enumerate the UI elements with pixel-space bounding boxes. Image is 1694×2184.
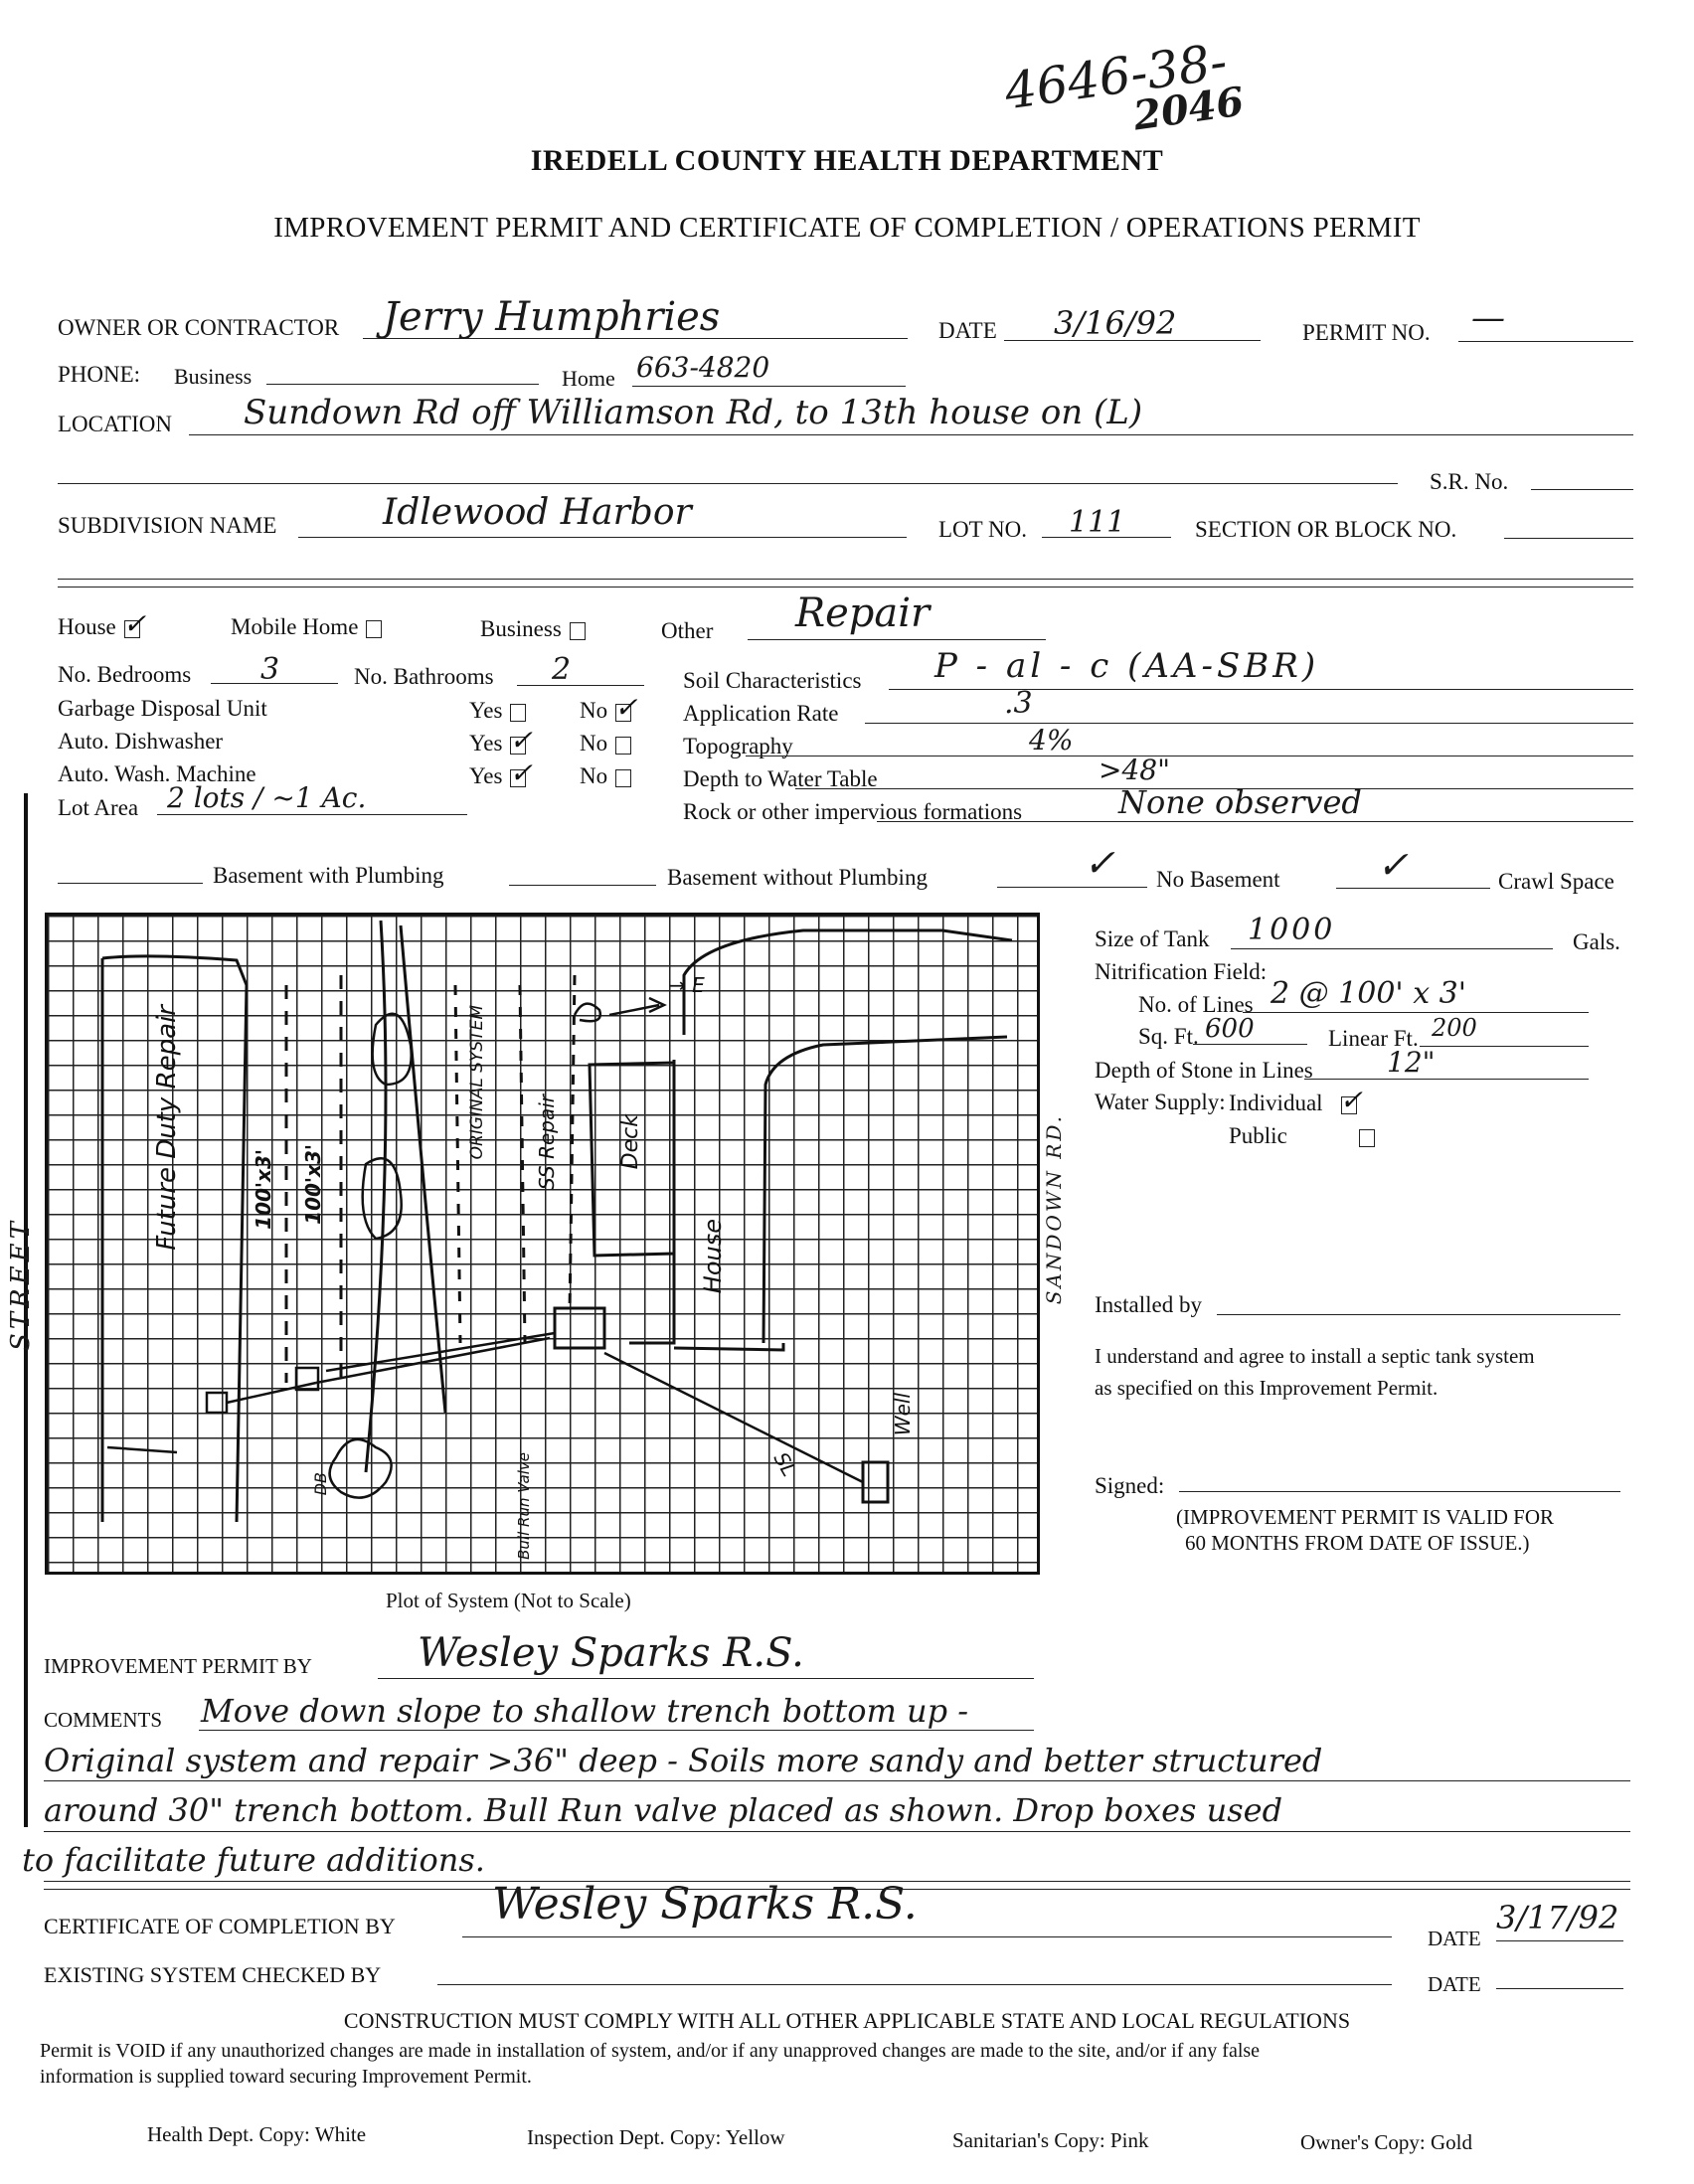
washer-no[interactable]: No — [580, 763, 631, 789]
other-label: Other — [661, 618, 713, 644]
linear-field-line[interactable] — [1420, 1046, 1589, 1047]
tank-label: Size of Tank — [1095, 926, 1210, 952]
department-title: IREDELL COUNTY HEALTH DEPARTMENT — [0, 144, 1694, 178]
sr-no-label: S.R. No. — [1430, 469, 1508, 495]
installed-by-label: Installed by — [1095, 1292, 1202, 1318]
tank-field-line[interactable] — [1231, 948, 1553, 949]
plot-grid: Future Duty Repair 100'x3' 100'x3' ORIGI… — [45, 913, 1040, 1575]
home-phone-value[interactable]: 663-4820 — [636, 351, 769, 384]
owner-value[interactable]: Jerry Humphries — [383, 294, 720, 340]
label-line2: 100'x3' — [301, 1144, 325, 1225]
topography-value[interactable]: 4% — [1029, 724, 1073, 756]
label-pe-arrow: → E — [669, 973, 705, 997]
topography-field-line[interactable] — [746, 756, 1633, 756]
basement-without-plumbing-field[interactable] — [509, 885, 656, 886]
individual-checkbox[interactable] — [1341, 1096, 1357, 1114]
certificate-field-line[interactable] — [462, 1936, 1392, 1937]
app-rate-field-line[interactable] — [865, 723, 1633, 724]
mobile-home-label: Mobile Home — [231, 614, 358, 639]
comments-field-line-1[interactable] — [199, 1730, 1034, 1731]
validity-line1: (IMPROVEMENT PERMIT IS VALID FOR — [1176, 1505, 1554, 1530]
copy-inspection-dept: Inspection Dept. Copy: Yellow — [527, 2125, 785, 2150]
crawl-space-check[interactable]: ✓ — [1377, 843, 1409, 887]
house-label: House — [58, 614, 116, 639]
no-basement-check[interactable]: ✓ — [1084, 841, 1115, 885]
linear-value[interactable]: 200 — [1432, 1014, 1477, 1042]
stone-label: Depth of Stone in Lines — [1095, 1058, 1313, 1084]
yes-label: Yes — [469, 731, 502, 756]
water-table-value[interactable]: >48" — [1099, 754, 1170, 786]
date-value[interactable]: 3/16/92 — [1054, 304, 1176, 342]
copy-health-dept: Health Dept. Copy: White — [147, 2122, 366, 2147]
tank-value[interactable]: 1000 — [1248, 913, 1335, 947]
comments-field-line-3[interactable] — [44, 1831, 1630, 1832]
other-value[interactable]: Repair — [795, 590, 930, 636]
existing-date-field[interactable] — [1496, 1988, 1623, 1989]
permit-no-label: PERMIT NO. — [1302, 320, 1431, 346]
comments-label: COMMENTS — [44, 1708, 162, 1733]
label-house: House — [699, 1219, 727, 1293]
public-label: Public — [1229, 1123, 1287, 1148]
stone-field-line[interactable] — [1304, 1079, 1589, 1080]
garbage-no[interactable]: No — [580, 698, 631, 724]
form-title: IMPROVEMENT PERMIT AND CERTIFICATE OF CO… — [0, 212, 1694, 245]
bathrooms-field-line[interactable] — [517, 685, 644, 686]
soil-field-line[interactable] — [889, 689, 1633, 690]
agreement-line1: I understand and agree to install a sept… — [1095, 1344, 1535, 1369]
copy-owner: Owner's Copy: Gold — [1300, 2130, 1472, 2155]
certificate-label: CERTIFICATE OF COMPLETION BY — [44, 1914, 396, 1939]
signed-field[interactable] — [1179, 1491, 1620, 1492]
cert-date-value[interactable]: 3/17/92 — [1496, 1899, 1618, 1936]
label-deck: Deck — [618, 1114, 643, 1169]
business-label: Business — [480, 616, 562, 641]
installed-by-field[interactable] — [1217, 1314, 1620, 1315]
tank-unit: Gals. — [1573, 929, 1620, 955]
mobile-home-option[interactable]: Mobile Home — [231, 614, 382, 640]
sqft-label: Sq. Ft. — [1138, 1024, 1199, 1050]
stone-value[interactable]: 12" — [1387, 1046, 1436, 1079]
comments-line-1[interactable]: Move down slope to shallow trench bottom… — [201, 1692, 968, 1730]
plot-caption: Plot of System (Not to Scale) — [386, 1589, 631, 1613]
signed-label: Signed: — [1095, 1473, 1164, 1499]
plot-sketch — [48, 916, 1037, 1572]
permit-no-value[interactable]: — — [1471, 298, 1505, 338]
location-field-line-2[interactable] — [58, 483, 1398, 484]
comments-line-2[interactable]: Original system and repair >36" deep - S… — [44, 1742, 1322, 1779]
comments-line-3[interactable]: around 30" trench bottom. Bull Run valve… — [44, 1791, 1282, 1829]
garbage-yes-checkbox[interactable] — [510, 704, 526, 722]
section-label: SECTION OR BLOCK NO. — [1195, 517, 1456, 543]
validity-line2: 60 MONTHS FROM DATE OF ISSUE.) — [1185, 1531, 1530, 1556]
cert-date-label: DATE — [1428, 1927, 1481, 1951]
road-label: SANDOWN RD. — [1042, 1113, 1066, 1304]
permit-by-label: IMPROVEMENT PERMIT BY — [44, 1654, 312, 1679]
lines-value[interactable]: 2 @ 100' x 3' — [1270, 976, 1466, 1011]
basement-with-plumbing-label: Basement with Plumbing — [213, 863, 444, 889]
section-field[interactable] — [1504, 538, 1633, 539]
garbage-no-checkbox[interactable] — [615, 704, 631, 722]
soil-label: Soil Characteristics — [683, 668, 862, 694]
bedrooms-label: No. Bedrooms — [58, 662, 191, 688]
no-basement-label: No Basement — [1156, 867, 1280, 893]
sqft-field-line[interactable] — [1193, 1044, 1307, 1045]
home-phone-field-line[interactable] — [632, 386, 906, 387]
date-label: DATE — [938, 318, 997, 344]
lot-area-label: Lot Area — [58, 795, 138, 821]
permit-by-field-line[interactable] — [378, 1678, 1034, 1679]
location-value[interactable]: Sundown Rd off Williamson Rd, to 13th ho… — [244, 393, 1142, 432]
agreement-line2: as specified on this Improvement Permit. — [1095, 1376, 1438, 1401]
business-phone-label: Business — [174, 364, 252, 390]
comments-field-line-2[interactable] — [44, 1780, 1630, 1781]
label-valve: Bull Run Valve — [515, 1452, 533, 1560]
sr-no-field[interactable] — [1531, 489, 1633, 490]
house-option[interactable]: House — [58, 614, 140, 640]
label-repair: SS Repair — [535, 1094, 559, 1190]
subdivision-value[interactable]: Idlewood Harbor — [383, 492, 692, 533]
no-label: No — [580, 698, 607, 723]
soil-value[interactable]: P - al - c (AA-SBR) — [934, 646, 1319, 686]
subdivision-label: SUBDIVISION NAME — [58, 513, 276, 539]
basement-without-plumbing-label: Basement without Plumbing — [667, 865, 928, 891]
subdivision-field-line[interactable] — [298, 537, 907, 538]
comments-line-4[interactable]: to facilitate future additions. — [22, 1841, 485, 1879]
lot-area-value[interactable]: 2 lots / ~1 Ac. — [167, 781, 366, 814]
rock-value[interactable]: None observed — [1118, 783, 1362, 821]
street-label: STREET — [6, 1218, 36, 1351]
water-supply-label: Water Supply: — [1095, 1090, 1226, 1115]
bedrooms-value[interactable]: 3 — [260, 652, 279, 687]
rock-field-line[interactable] — [877, 821, 1633, 822]
business-option[interactable]: Business — [480, 616, 586, 642]
certificate-value[interactable]: Wesley Sparks R.S. — [492, 1879, 918, 1930]
void-notice-line2: information is supplied toward securing … — [40, 2066, 532, 2089]
owner-label: OWNER OR CONTRACTOR — [58, 315, 339, 341]
label-original-system: ORIGINAL SYSTEM — [467, 1005, 487, 1159]
compliance-notice: CONSTRUCTION MUST COMPLY WITH ALL OTHER … — [0, 2008, 1694, 2034]
label-future-repair: Future Duty Repair — [152, 1005, 182, 1251]
individual-label: Individual — [1229, 1091, 1323, 1115]
individual-option[interactable]: Individual — [1229, 1091, 1357, 1116]
nitrification-label: Nitrification Field: — [1095, 959, 1267, 985]
business-phone-field[interactable] — [266, 384, 539, 385]
public-option[interactable]: Public — [1229, 1123, 1375, 1149]
yes-label: Yes — [469, 763, 502, 788]
dishwasher-label: Auto. Dishwasher — [58, 729, 223, 755]
dishwasher-no-checkbox[interactable] — [615, 737, 631, 755]
bathrooms-value[interactable]: 2 — [552, 652, 571, 687]
app-rate-value[interactable]: .3 — [1004, 686, 1033, 721]
dishwasher-yes-checkbox[interactable] — [510, 737, 526, 755]
public-checkbox[interactable] — [1359, 1129, 1375, 1147]
label-db: DB — [311, 1472, 330, 1495]
divider-top — [58, 579, 1633, 580]
location-label: LOCATION — [58, 412, 172, 437]
location-field-line[interactable] — [189, 434, 1633, 435]
crawl-space-field-line[interactable] — [1336, 888, 1490, 889]
existing-field[interactable] — [437, 1984, 1392, 1985]
label-well: Well — [891, 1393, 915, 1435]
house-checkbox[interactable] — [124, 620, 140, 638]
lot-area-field-line[interactable] — [157, 814, 467, 815]
no-label: No — [580, 731, 607, 756]
copy-sanitarian: Sanitarian's Copy: Pink — [952, 2128, 1148, 2153]
no-label: No — [580, 763, 607, 788]
app-rate-label: Application Rate — [683, 701, 839, 727]
divider-top-2 — [58, 587, 1633, 588]
washer-no-checkbox[interactable] — [615, 769, 631, 787]
lines-field-line[interactable] — [1243, 1012, 1589, 1013]
existing-date-label: DATE — [1428, 1972, 1481, 1997]
other-field-line[interactable] — [748, 639, 1046, 640]
business-checkbox[interactable] — [570, 622, 586, 640]
void-notice-line1: Permit is VOID if any unauthorized chang… — [40, 2040, 1260, 2063]
bathrooms-label: No. Bathrooms — [354, 664, 494, 690]
washer-yes[interactable]: Yes — [469, 763, 526, 789]
lot-no-label: LOT NO. — [938, 517, 1027, 543]
crawl-space-label: Crawl Space — [1498, 869, 1614, 895]
permit-by-value[interactable]: Wesley Sparks R.S. — [418, 1630, 804, 1676]
garbage-yes[interactable]: Yes — [469, 698, 526, 724]
dishwasher-yes[interactable]: Yes — [469, 731, 526, 756]
existing-label: EXISTING SYSTEM CHECKED BY — [44, 1962, 381, 1988]
garbage-label: Garbage Disposal Unit — [58, 696, 267, 722]
mobile-home-checkbox[interactable] — [366, 620, 382, 638]
sqft-value[interactable]: 600 — [1205, 1014, 1255, 1044]
label-line1: 100'x3' — [252, 1149, 275, 1230]
cert-date-field-line[interactable] — [1496, 1940, 1623, 1941]
basement-with-plumbing-field[interactable] — [58, 883, 203, 884]
yes-label: Yes — [469, 698, 502, 723]
dishwasher-no[interactable]: No — [580, 731, 631, 756]
no-basement-field-line[interactable] — [997, 887, 1147, 888]
washer-yes-checkbox[interactable] — [510, 769, 526, 787]
phone-label: PHONE: — [58, 362, 140, 388]
lot-no-value[interactable]: 111 — [1069, 505, 1125, 540]
home-phone-label: Home — [562, 366, 615, 392]
permit-no-field-line[interactable] — [1458, 341, 1633, 342]
